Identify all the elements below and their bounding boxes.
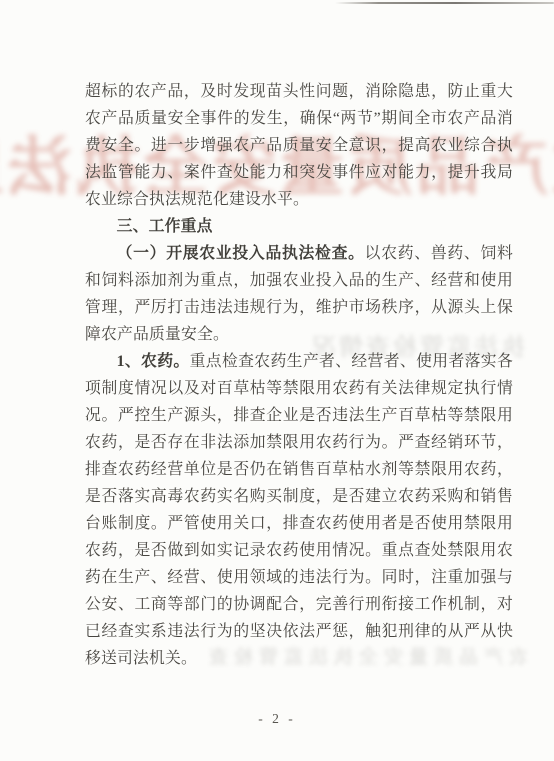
paragraph-continuation: 超标的农产品，及时发现苗头性问题，消除隐患，防止重大农产品质量安全事件的发生，确… — [85, 78, 513, 213]
paragraph-sub1: 1、农药。重点检查农药生产者、经营者、使用者落实各项制度情况以及对百草枯等禁限用… — [85, 348, 513, 672]
page-number: - 2 - — [0, 711, 554, 727]
paragraph-item1-lead: （一）开展农业投入品执法检查。 — [117, 245, 365, 262]
document-body: 超标的农产品，及时发现苗头性问题，消除隐患，防止重大农产品质量安全事件的发生，确… — [85, 78, 513, 672]
scanned-document-page: 农产品质量安全执法监管综合 执法监管检查情况 农产品质量安全执法监管检查 超标的… — [0, 0, 554, 761]
paragraph-sub1-body: 重点检查农药生产者、经营者、使用者落实各项制度情况以及对百草枯等禁限用农药有关法… — [85, 353, 513, 667]
section-heading: 三、工作重点 — [85, 213, 513, 240]
scan-edge-artifact — [335, 2, 554, 4]
paragraph-item1: （一）开展农业投入品执法检查。以农药、兽药、饲料和饲料添加剂为重点，加强农业投入… — [85, 240, 513, 348]
paragraph-sub1-lead: 1、农药。 — [117, 353, 190, 370]
